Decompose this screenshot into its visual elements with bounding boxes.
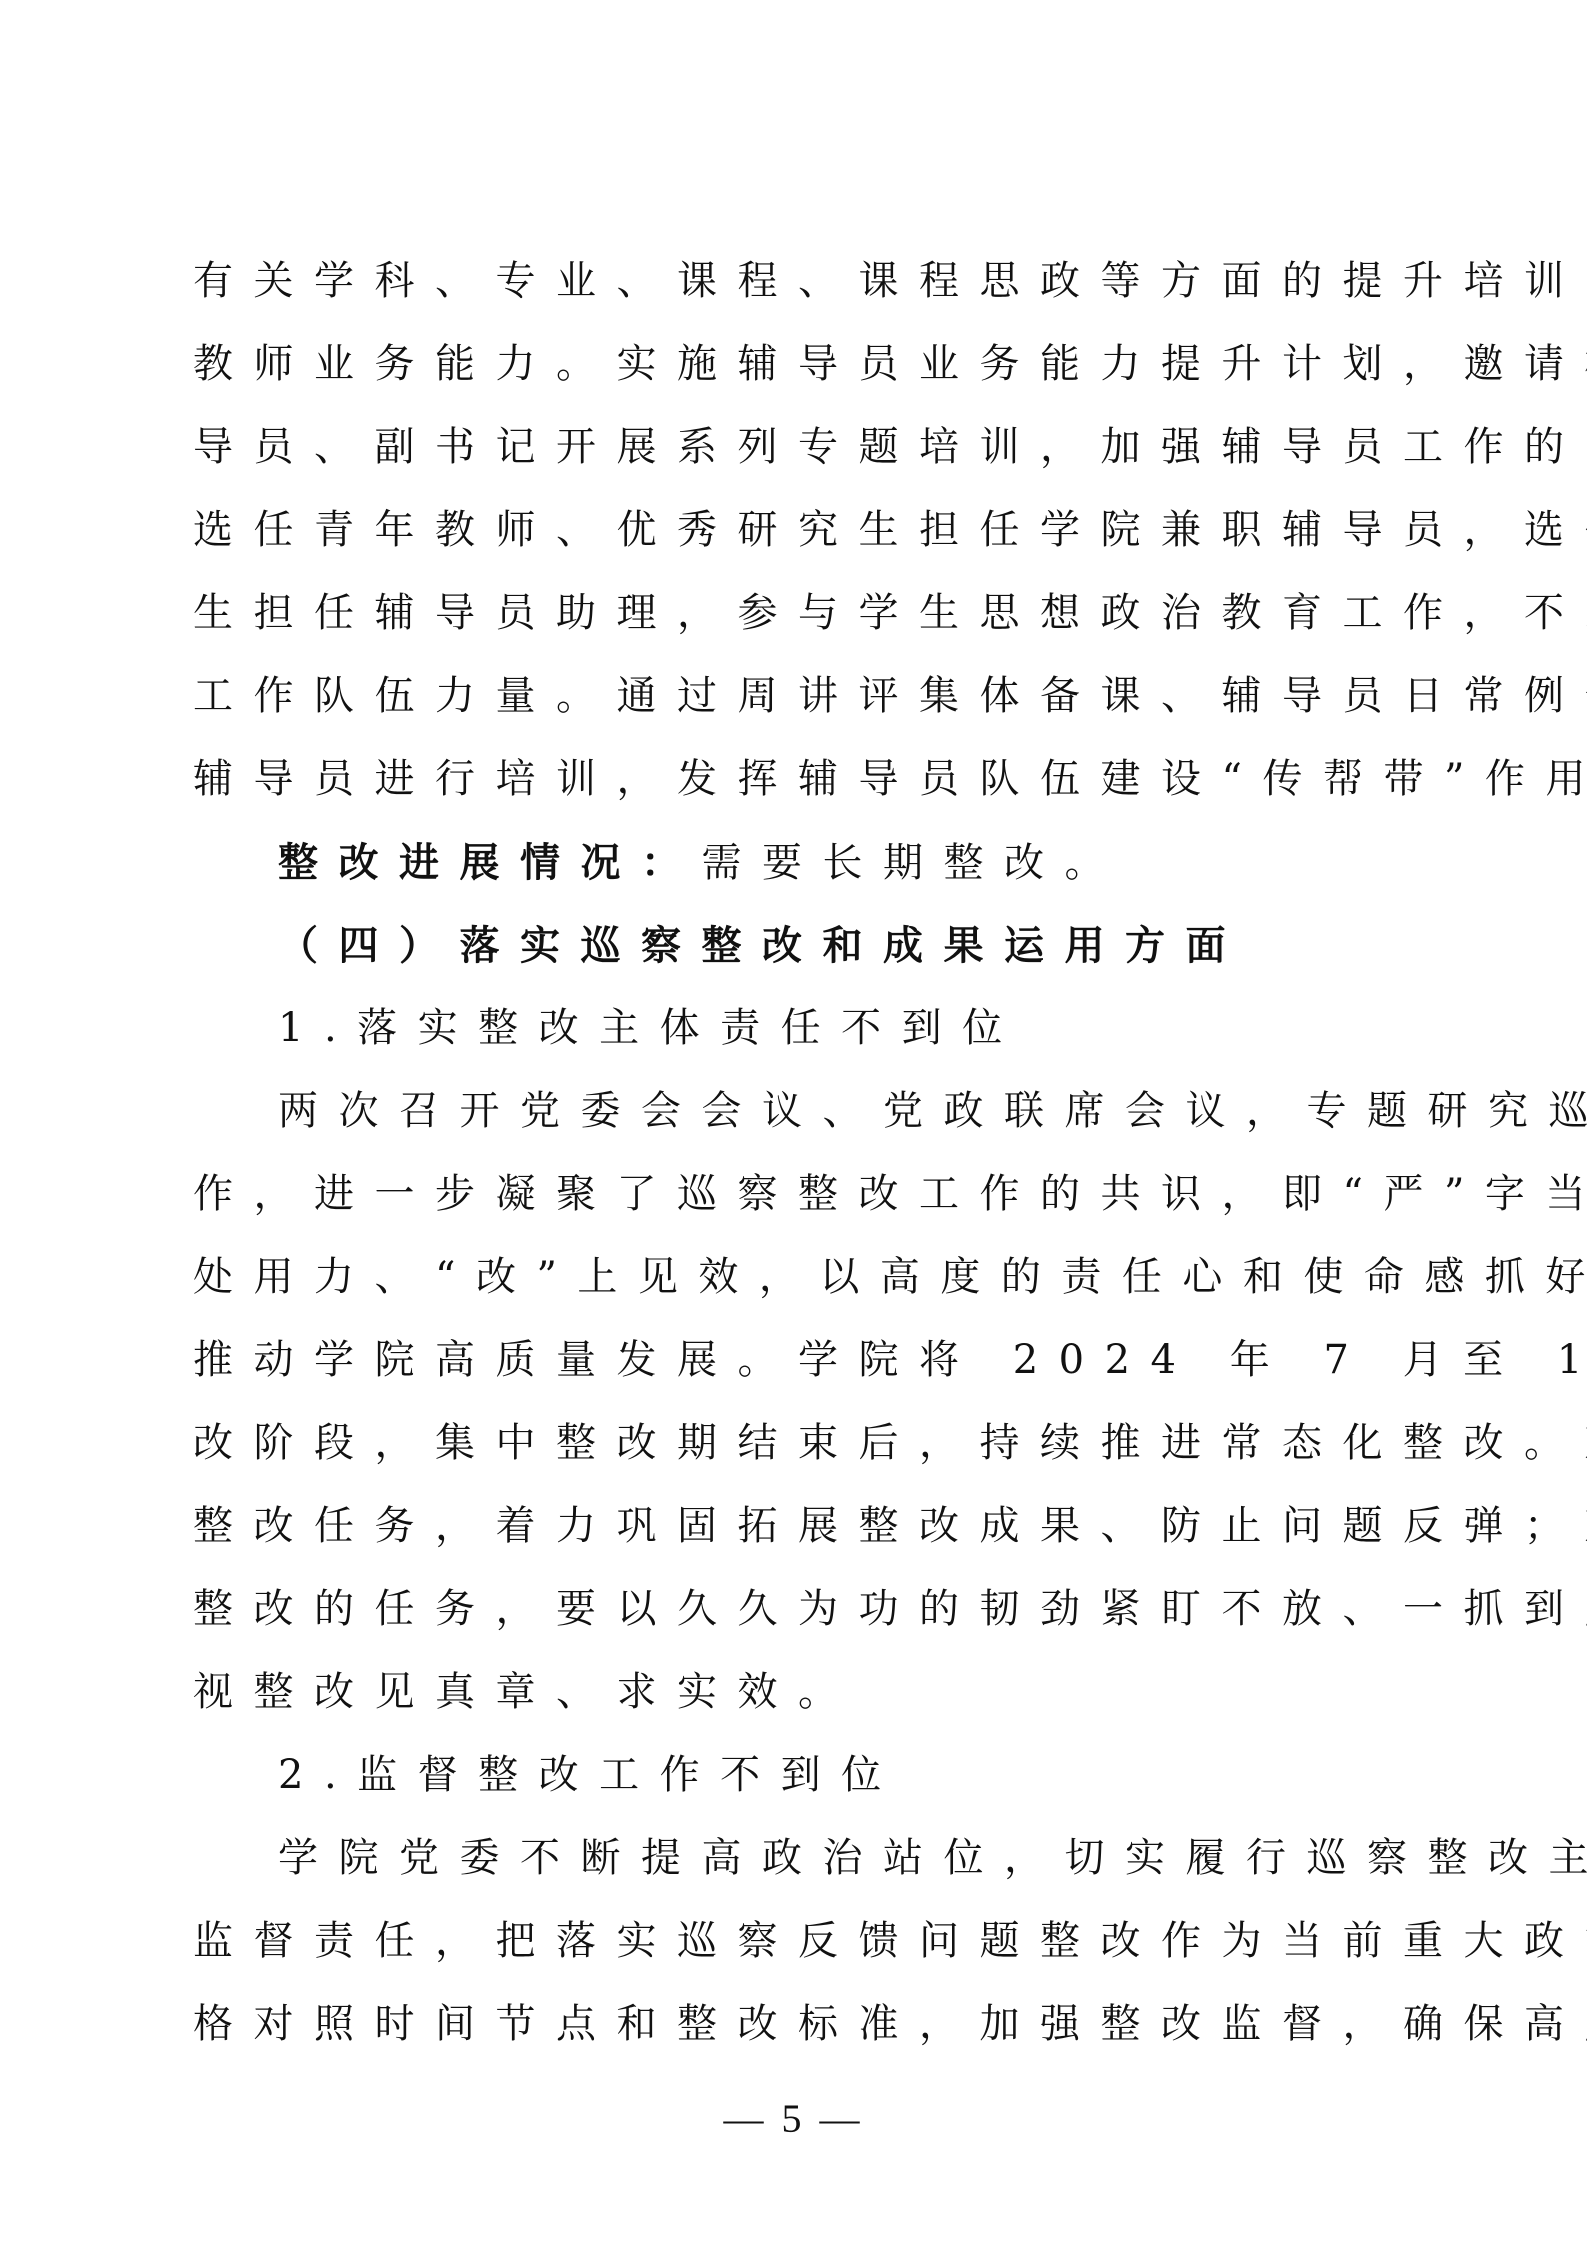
item-1-line: 改阶段，集中整改期结束后，持续推进常态化整改。对已完成的	[193, 1402, 1413, 1485]
progress-label: 整改进展情况：	[278, 839, 702, 886]
document-body: 有关学科、专业、课程、课程思政等方面的提升培训，全面提升 教师业务能力。实施辅导…	[193, 240, 1413, 2066]
item-1-line: 整改任务，着力巩固拓展整改成果、防止问题反弹；对需要长期	[193, 1485, 1413, 1568]
paragraph-line: 辅导员进行培训，发挥辅导员队伍建设“传帮带”作用。	[193, 738, 1413, 821]
progress-value: 需要长期整改。	[702, 840, 1126, 886]
paragraph-line: 教师业务能力。实施辅导员业务能力提升计划，邀请校内优秀辅	[193, 323, 1413, 406]
item-2-title: 2.监督整改工作不到位	[193, 1734, 1413, 1817]
progress-status: 整改进展情况：需要长期整改。	[193, 821, 1413, 904]
section-heading: （四）落实巡察整改和成果运用方面	[193, 904, 1413, 987]
item-1-line: 作，进一步凝聚了巡察整改工作的共识，即“严”字当头、“实”	[193, 1153, 1413, 1236]
paragraph-line: 生担任辅导员助理，参与学生思想政治教育工作，不断充实学生	[193, 572, 1413, 655]
paragraph-line: 选任青年教师、优秀研究生担任学院兼职辅导员，选任优秀研究	[193, 489, 1413, 572]
document-page: 有关学科、专业、课程、课程思政等方面的提升培训，全面提升 教师业务能力。实施辅导…	[0, 0, 1587, 2245]
paragraph-line: 工作队伍力量。通过周讲评集体备课、辅导员日常例会等形式对	[193, 655, 1413, 738]
item-1-line: 推动学院高质量发展。学院将 2024 年 7 月至 10 月确定为集中整	[193, 1319, 1413, 1402]
paragraph-line: 导员、副书记开展系列专题培训，加强辅导员工作的队伍建设。	[193, 406, 1413, 489]
item-1-line: 视整改见真章、求实效。	[193, 1651, 1413, 1734]
item-1-line: 处用力、“改”上见效，以高度的责任心和使命感抓好整改落实，	[193, 1236, 1413, 1319]
item-2-line: 学院党委不断提高政治站位，切实履行巡察整改主体责任和	[193, 1817, 1413, 1900]
item-2-line: 格对照时间节点和整改标准，加强整改监督，确保高质量完成整	[193, 1983, 1413, 2066]
item-2-line: 监督责任，把落实巡察反馈问题整改作为当前重大政治任务，严	[193, 1900, 1413, 1983]
item-1-title: 1.落实整改主体责任不到位	[193, 987, 1413, 1070]
item-1-line: 整改的任务，要以久久为功的韧劲紧盯不放、一抓到底，推动巡	[193, 1568, 1413, 1651]
page-number: — 5 —	[0, 2095, 1587, 2142]
paragraph-line: 有关学科、专业、课程、课程思政等方面的提升培训，全面提升	[193, 240, 1413, 323]
item-1-line: 两次召开党委会会议、党政联席会议，专题研究巡察整改工	[193, 1070, 1413, 1153]
